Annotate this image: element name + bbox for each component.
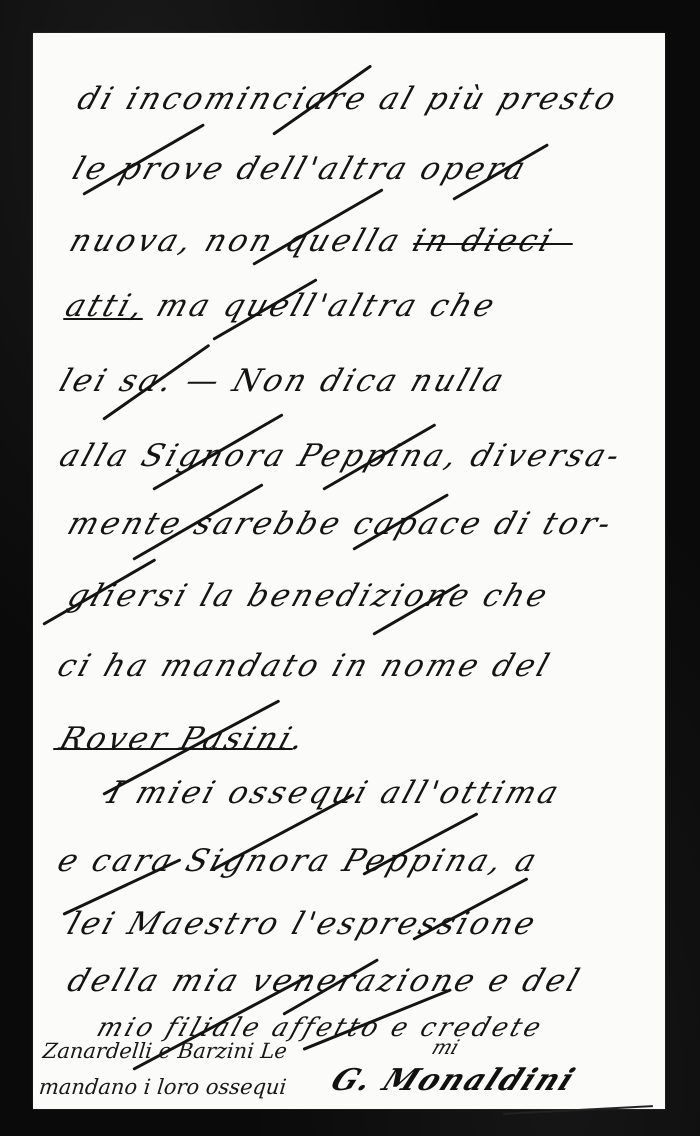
letter-page: di incominciare al più presto le prove d… [33,33,665,1109]
letter-line-12: e cara Signora Peppina, a [53,843,544,879]
letter-line-8: gliersi la benedizione che [63,578,554,614]
pen-underline [53,748,293,750]
margin-note-line-1: Zanardelli e Barzini Le [41,1033,292,1069]
pen-underline [413,243,573,245]
letter-line-7: mente sarebbe capace di tor- [63,506,618,542]
letter-line-2: le prove dell'altra opera [68,151,533,187]
margin-note-line-2: mandano i loro ossequi [37,1069,288,1105]
letter-line-14: della mia venerazione e del [63,963,587,999]
letter-line-6: alla Signora Peppina, diversa- [55,438,627,474]
letter-line-13: lei Maestro l'espressione [63,906,542,942]
pen-underline [63,318,143,320]
letter-line-5: lei sa. — Non dica nulla [55,363,511,399]
letter-line-1: di incominciare al più presto [73,81,623,117]
letter-line-9: ci ha mandato in nome del [53,648,556,684]
signature: G. Monaldini [325,1063,581,1098]
margin-note: Zanardelli e Barzini Le mandano i loro o… [37,1033,292,1105]
